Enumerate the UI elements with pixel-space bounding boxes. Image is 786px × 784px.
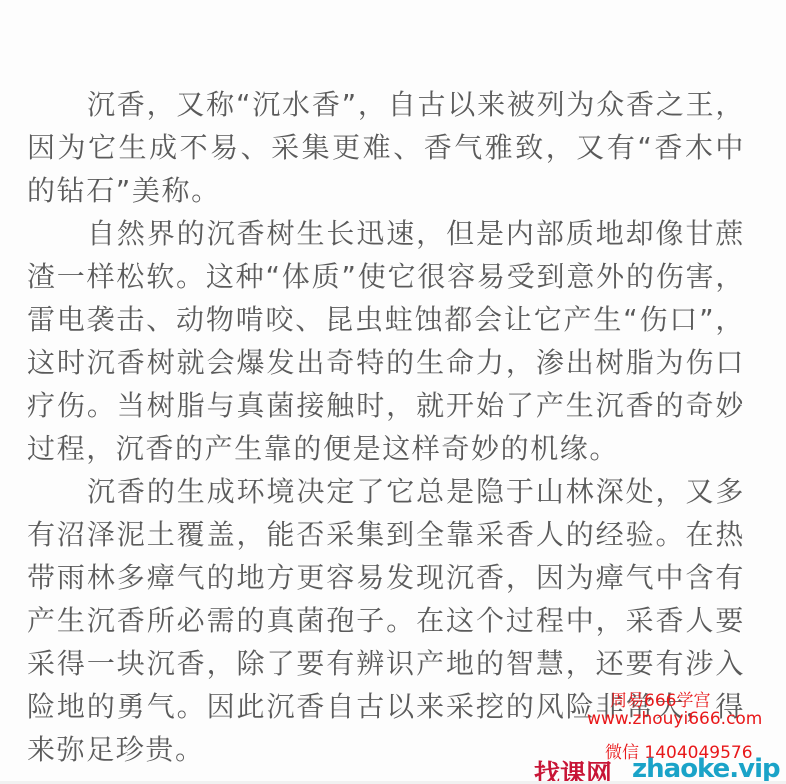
watermark-url: www.zhouyi666.com (587, 709, 762, 729)
article-body: 沉香，又称“沉水香”，自古以来被列为众香之王，因为它生成不易、采集更难、香气雅致… (27, 83, 745, 771)
watermark-brand-cn: 找课网 (534, 754, 612, 784)
document-page: 沉香，又称“沉水香”，自古以来被列为众香之王，因为它生成不易、采集更难、香气雅致… (0, 0, 786, 784)
watermark-brand-url: zhaoke.vip (632, 754, 780, 784)
paragraph-formation: 自然界的沉香树生长迅速，但是内部质地却像甘蔗渣一样松软。这种“体质”使它很容易受… (27, 212, 745, 470)
watermark-title: 周易666学宫 (610, 686, 710, 711)
paragraph-intro: 沉香，又称“沉水香”，自古以来被列为众香之王，因为它生成不易、采集更难、香气雅致… (27, 83, 745, 212)
